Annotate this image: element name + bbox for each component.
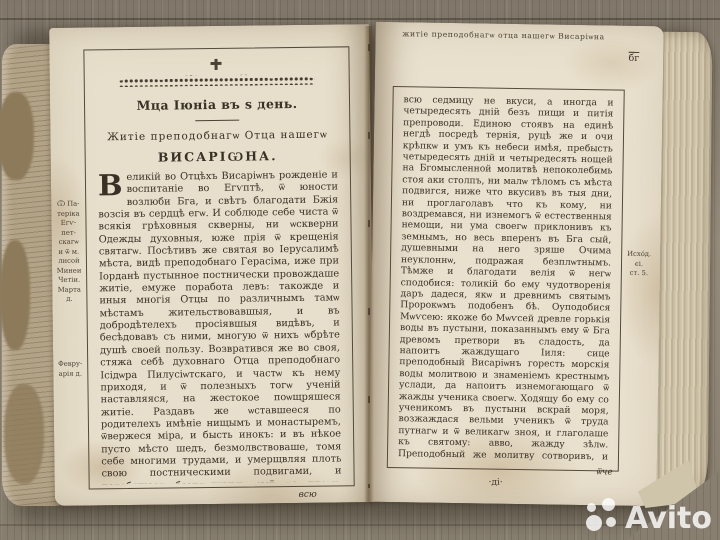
margin-note: Февру- арія д. xyxy=(55,360,85,379)
book-spine-gutter xyxy=(364,26,374,502)
left-page-body-text: Великій во Отцѣхъ Висаріѡнъ рожденіе и в… xyxy=(98,169,342,484)
avito-watermark: Avito xyxy=(586,498,712,534)
cross-icon xyxy=(215,59,218,70)
margin-note: Исхо́д. єі. ст. 5. xyxy=(622,250,656,279)
watermark-text: Avito xyxy=(625,504,712,534)
headpiece-ornament xyxy=(118,58,315,87)
margin-note: Ѿ Па- теріка Егѵ- пет- скагѡ и ѿ м. лнсо… xyxy=(53,200,84,305)
right-page: житіе преподобнагѡ отца нашегѡ Висаріѡна… xyxy=(368,22,664,506)
drop-cap: В xyxy=(98,172,127,198)
catchword: всю xyxy=(299,490,317,500)
plank-gap-line xyxy=(0,18,720,20)
life-title: Житіе преподобнагѡ Отца нашегѡ xyxy=(97,128,337,143)
divider-rule xyxy=(195,120,239,122)
signature-mark: ·ді· xyxy=(488,478,502,488)
right-page-border-frame: всю седмицу не вкуси, а иногда и четыред… xyxy=(387,86,625,472)
left-page: Ѿ Па- теріка Егѵ- пет- скагѡ и ѿ м. лнсо… xyxy=(49,24,375,506)
left-page-border-frame: Мца Іюніа въ ѕ день. Житіе преподобнагѡ … xyxy=(83,46,354,489)
running-header: житіе преподобнагѡ отца нашегѡ Висаріѡна xyxy=(402,29,606,41)
tattered-spot xyxy=(0,92,34,180)
body-paragraph: еликій во Отцѣхъ Висаріѡнъ рожденіе и во… xyxy=(98,169,341,484)
right-page-body-text: всю седмицу не вкуси, а иногда и четыред… xyxy=(398,94,614,463)
page-number: бг xyxy=(628,53,639,64)
avito-logo-icon xyxy=(586,498,620,534)
photo-scene: Ѿ Па- теріка Егѵ- пет- скагѡ и ѿ м. лнсо… xyxy=(0,0,720,540)
saint-name-title: ВИСАРІѠНА. xyxy=(98,147,338,166)
floral-band-ornament xyxy=(118,70,315,87)
tattered-spot xyxy=(4,384,44,484)
tattered-spot xyxy=(0,240,30,350)
catchword: ѿче xyxy=(596,466,613,477)
chapter-date-title: Мца Іюніа въ ѕ день. xyxy=(97,95,337,113)
